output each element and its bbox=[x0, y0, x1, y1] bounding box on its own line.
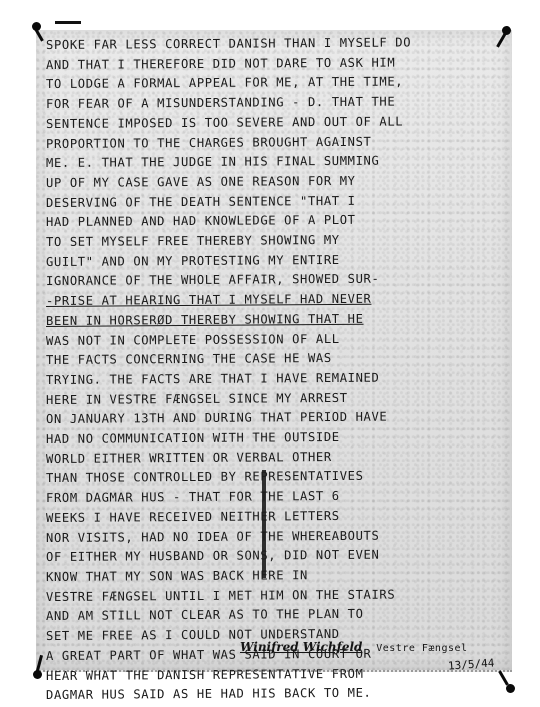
pin-head bbox=[33, 670, 42, 679]
letter-line: weeks I have received neither letters bbox=[46, 506, 506, 529]
signature-place: Vestre Fængsel bbox=[376, 643, 467, 654]
letter-line: Dagmar Hus said as he had his back to me… bbox=[46, 683, 506, 706]
signature-block: Winifred Wichfeld Vestre Fængsel bbox=[240, 640, 468, 654]
letter-line: sentence imposed is too severe and out o… bbox=[46, 112, 506, 135]
letter-line: know that my son was back here in bbox=[46, 565, 506, 588]
pin-head bbox=[506, 684, 515, 693]
letter-line-underlined: been in Horserød thereby showing that he bbox=[46, 309, 506, 332]
pin-icon-top-right bbox=[500, 26, 510, 36]
pin-icon-top-left bbox=[32, 22, 42, 32]
pin-icon-bottom-right bbox=[500, 670, 510, 680]
letter-line: trying. The facts are that I have remain… bbox=[46, 368, 506, 391]
pin-icon-bottom-left bbox=[33, 655, 43, 665]
letter-line: up of my case gave as one reason for my bbox=[46, 171, 506, 194]
ink-dash-mark bbox=[55, 21, 81, 24]
signature-name: Winifred Wichfeld bbox=[240, 640, 362, 654]
letter-body: Spoke far less correct Danish than I mys… bbox=[46, 36, 506, 706]
